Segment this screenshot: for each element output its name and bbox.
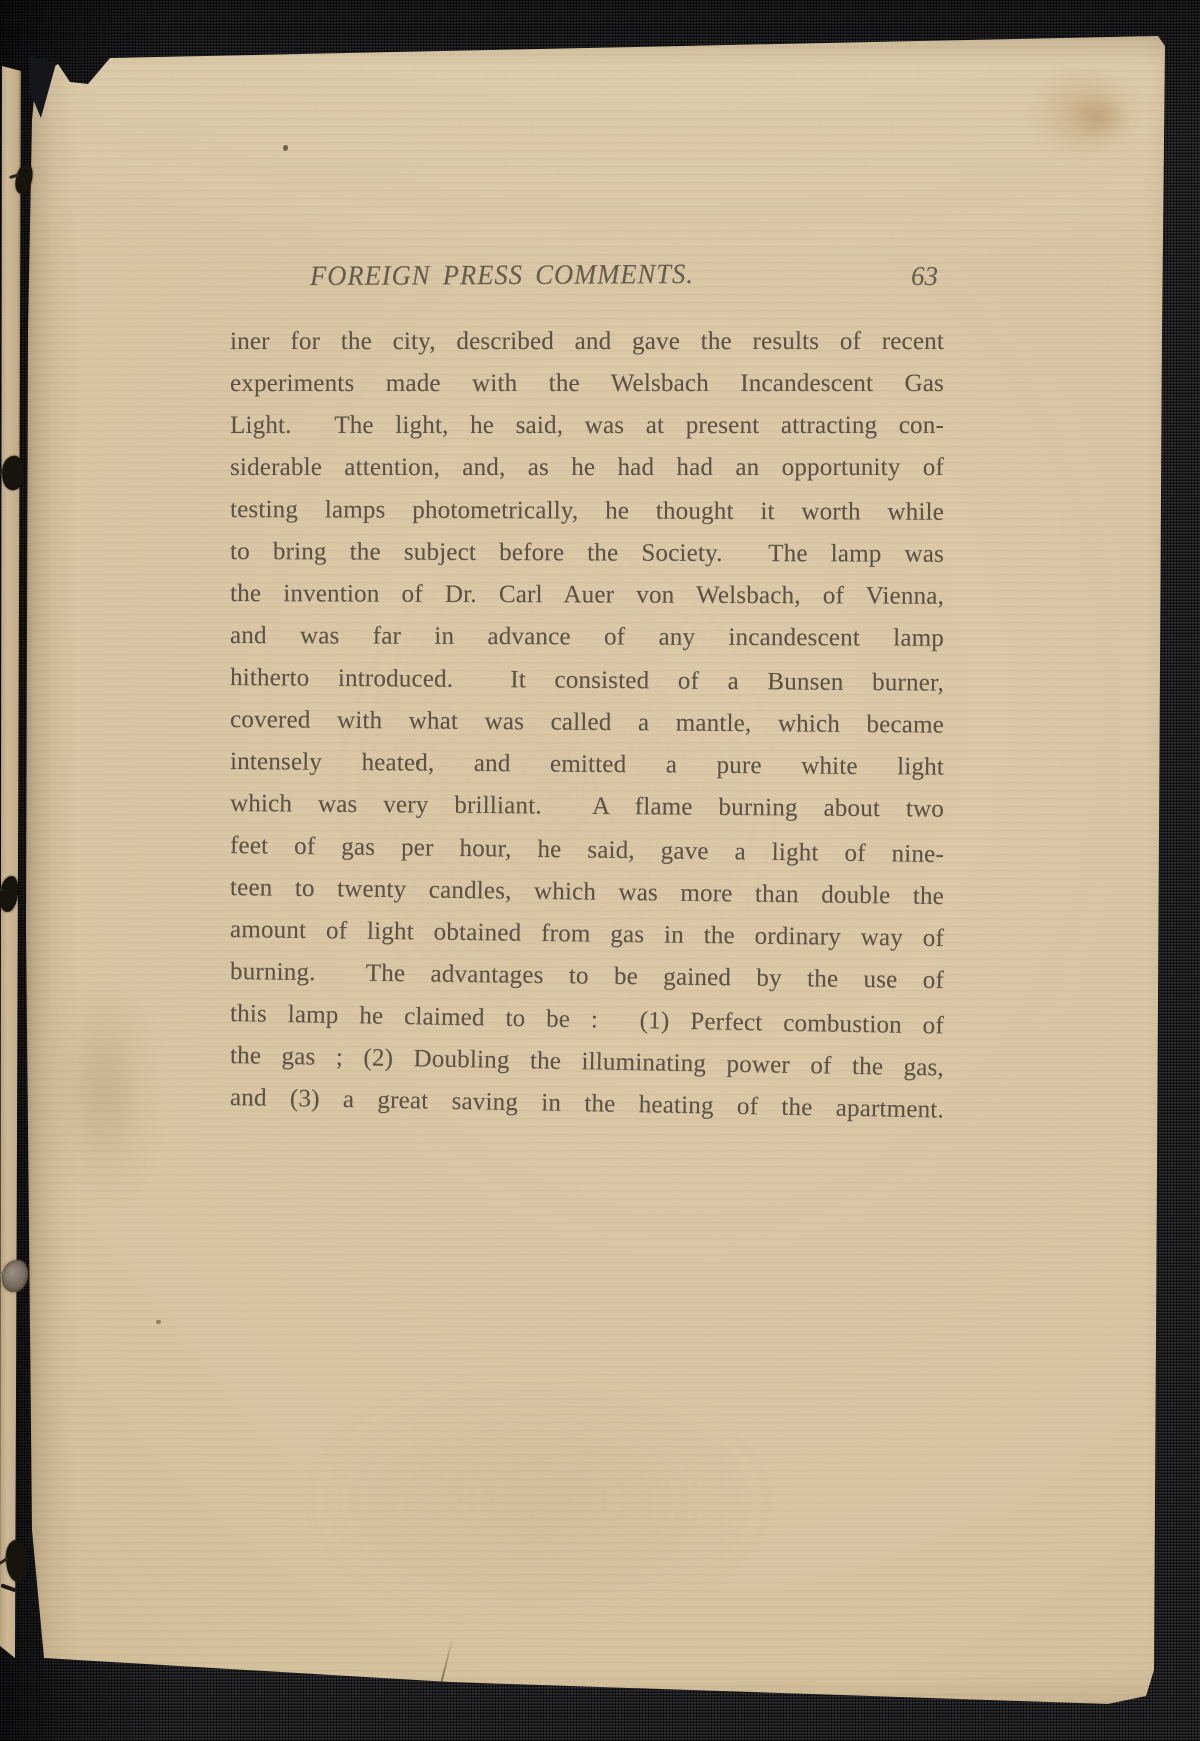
text-line: iner for the city, described and gave th… <box>230 321 944 363</box>
text-line: testing lamps photometrically, he though… <box>230 489 944 534</box>
paper-stain <box>1006 48 1164 176</box>
paper-stain <box>44 950 164 1230</box>
body-text: iner for the city, described and gave th… <box>230 321 944 1119</box>
text-line: the invention of Dr. Carl Auer von Welsb… <box>230 573 944 618</box>
ink-speck <box>156 1320 161 1324</box>
printed-content: FOREIGN PRESS COMMENTS. 63 iner for the … <box>230 30 944 1716</box>
text-line: siderable attention, and, as he had had … <box>230 447 944 489</box>
text-line: which was very brilliant. A flame burnin… <box>230 783 944 831</box>
page-title: FOREIGN PRESS COMMENTS. <box>310 259 694 293</box>
text-line: Light. The light, he said, was at presen… <box>230 405 944 447</box>
text-line: intensely heated, and emitted a pure whi… <box>230 741 944 789</box>
text-line: hitherto introduced. It consisted of a B… <box>230 657 944 705</box>
text-line: to bring the subject before the Society.… <box>230 531 944 576</box>
scanned-book-photo: FOREIGN PRESS COMMENTS. 63 iner for the … <box>0 0 1200 1741</box>
page-number: 63 <box>911 261 938 292</box>
running-head: FOREIGN PRESS COMMENTS. 63 <box>230 261 944 301</box>
book-page: FOREIGN PRESS COMMENTS. 63 iner for the … <box>18 30 1174 1716</box>
text-line: experiments made with the Welsbach Incan… <box>230 363 944 405</box>
text-line: covered with what was called a mantle, w… <box>230 699 944 747</box>
paper-stain <box>1062 88 1136 148</box>
text-line: and was far in advance of any incandesce… <box>230 615 944 660</box>
